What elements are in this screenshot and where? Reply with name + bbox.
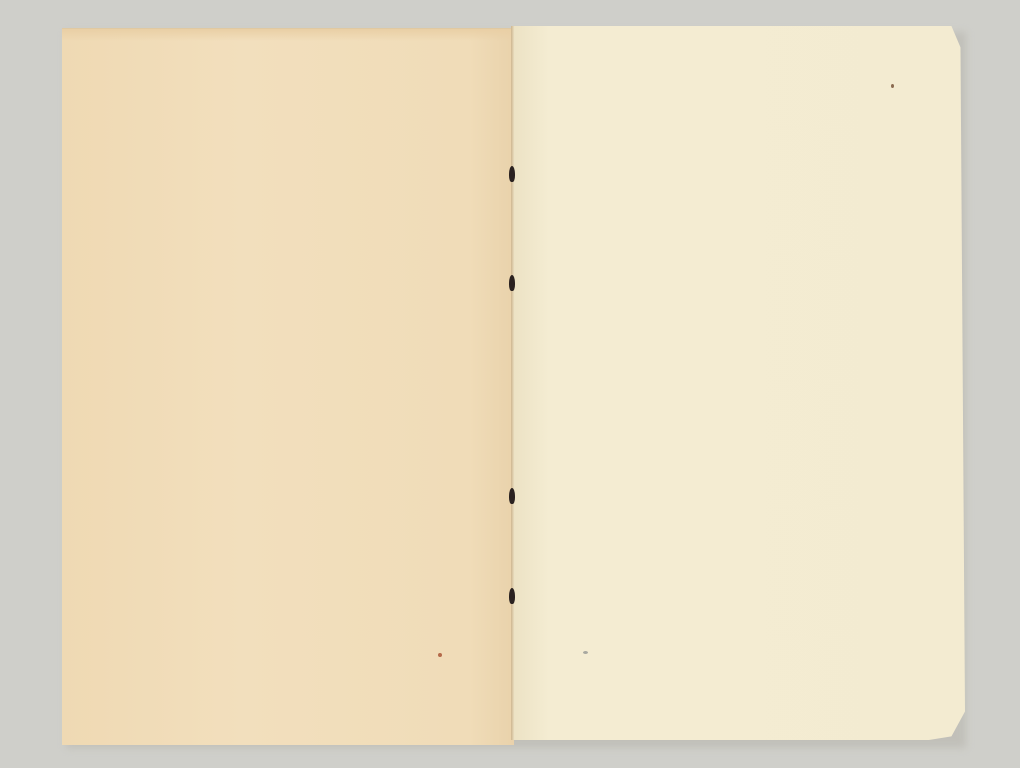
binding-stitch [509,488,515,504]
binding-stitch [509,588,515,604]
page-edge-stain [62,29,514,41]
binding-stitch [509,275,515,291]
ink-spot [891,84,894,88]
ink-spot [583,651,588,654]
left-page [62,28,514,745]
binding-stitch [509,166,515,182]
ink-spot [438,653,442,657]
book-gutter [511,26,514,740]
right-page [513,26,965,740]
